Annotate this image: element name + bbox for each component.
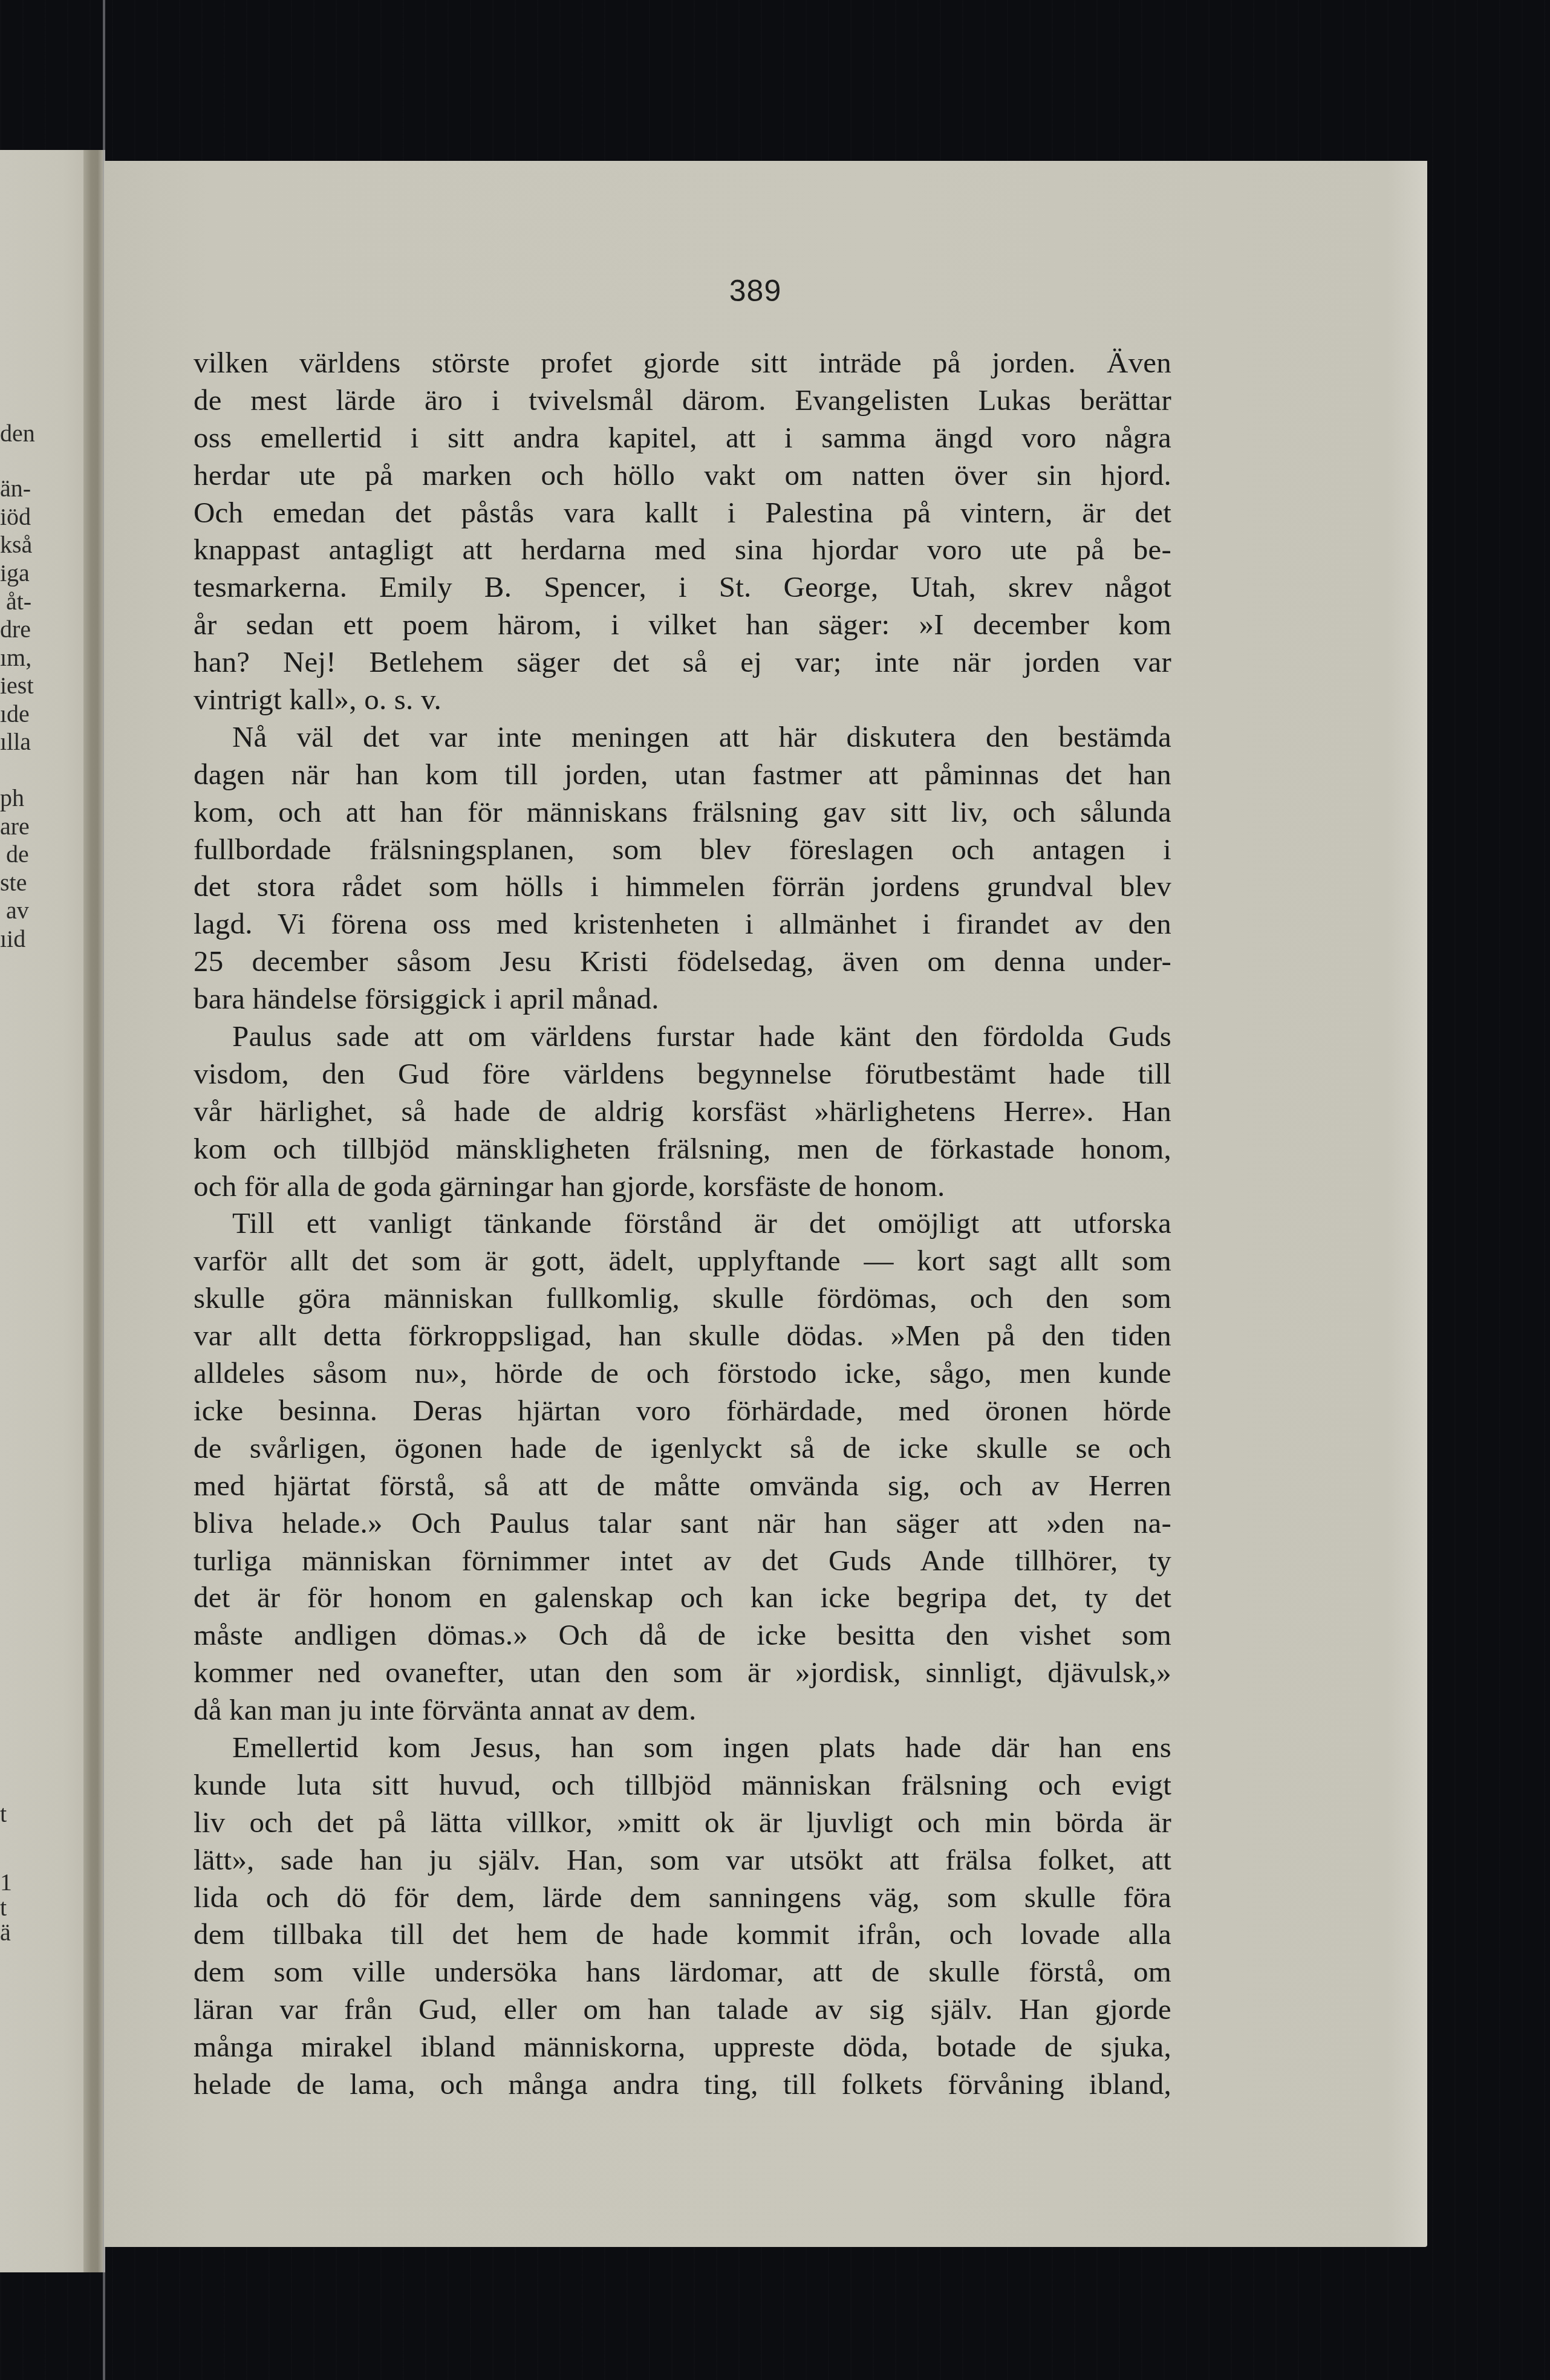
previous-page-text-fragment: t: [0, 1802, 7, 1826]
text-line: turliga människan förnimmer intet av det…: [194, 1542, 1171, 1579]
text-line: med hjärtat förstå, så att de måtte omvä…: [194, 1467, 1171, 1504]
line-text: dem som ville undersöka hans lärdomar, a…: [194, 1953, 1171, 1991]
text-line: herdar ute på marken och höllo vakt om n…: [194, 457, 1171, 494]
previous-page-text-fragment: ä: [0, 1920, 11, 1945]
line-text: bliva helade.» Och Paulus talar sant när…: [194, 1504, 1171, 1542]
text-line: då kan man ju inte förvänta annat av dem…: [194, 1691, 1171, 1729]
text-line: fullbordade frälsningsplanen, som blev f…: [194, 831, 1171, 868]
line-text: icke besinna. Deras hjärtan voro förhärd…: [194, 1392, 1171, 1429]
text-line: kunde luta sitt huvud, och tillbjöd männ…: [194, 1766, 1171, 1804]
text-line: det stora rådet som hölls i himmelen för…: [194, 868, 1171, 905]
line-text: turliga människan förnimmer intet av det…: [194, 1542, 1171, 1579]
line-text: kom och tillbjöd mänskligheten frälsning…: [194, 1130, 1171, 1168]
text-line: skulle göra människan fullkomlig, skulle…: [194, 1279, 1171, 1317]
line-text: det stora rådet som hölls i himmelen för…: [194, 868, 1171, 905]
text-line: liv och det på lätta villkor, »mitt ok ä…: [194, 1804, 1171, 1841]
line-text: Till ett vanligt tänkande förstånd är de…: [232, 1205, 1171, 1242]
line-text: skulle göra människan fullkomlig, skulle…: [194, 1279, 1171, 1317]
paragraph-first-line: Nå väl det var inte meningen att här dis…: [194, 718, 1171, 756]
previous-page-text-fragment: än-: [0, 476, 31, 501]
text-line: år sedan ett poem härom, i vilket han sä…: [194, 606, 1171, 643]
text-line: varför allt det som är gott, ädelt, uppl…: [194, 1242, 1171, 1279]
line-text: lida och dö för dem, lärde dem sanningen…: [194, 1879, 1171, 1916]
text-line: tesmarkerna. Emily B. Spencer, i St. Geo…: [194, 568, 1171, 606]
previous-page-text-fragment: åt-: [0, 590, 31, 614]
previous-page-text-fragment: av: [0, 899, 29, 923]
line-text: kom, och att han för människans frälsnin…: [194, 793, 1171, 831]
line-text: vår härlighet, så hade de aldrig korsfäs…: [194, 1093, 1171, 1130]
text-line: oss emellertid i sitt andra kapitel, att…: [194, 419, 1171, 457]
paragraph-first-line: Till ett vanligt tänkande förstånd är de…: [194, 1205, 1171, 1242]
line-text: lagd. Vi förena oss med kristenheten i a…: [194, 905, 1171, 943]
line-text: de svårligen, ögonen hade de igenlyckt s…: [194, 1429, 1171, 1467]
line-text: kommer ned ovanefter, utan den som är »j…: [194, 1654, 1171, 1691]
line-text: och för alla de goda gärningar han gjord…: [194, 1168, 1171, 1205]
body-text: vilken världens störste profet gjorde si…: [194, 344, 1171, 2103]
text-line: och för alla de goda gärningar han gjord…: [194, 1168, 1171, 1205]
text-line: knappast antagligt att herdarna med sina…: [194, 531, 1171, 568]
text-line: var allt detta förkroppsligad, han skull…: [194, 1317, 1171, 1354]
line-text: fullbordade frälsningsplanen, som blev f…: [194, 831, 1171, 868]
text-line: bara händelse försiggick i april månad.: [194, 980, 1171, 1018]
text-line: alldeles såsom nu», hörde de och förstod…: [194, 1354, 1171, 1392]
line-text: dem tillbaka till det hem de hade kommit…: [194, 1916, 1171, 1953]
line-text: herdar ute på marken och höllo vakt om n…: [194, 457, 1171, 494]
previous-page-text-fragment: ıid: [0, 927, 25, 951]
line-text: med hjärtat förstå, så att de måtte omvä…: [194, 1467, 1171, 1504]
previous-page-text-fragment: kså: [0, 533, 32, 557]
text-line: kommer ned ovanefter, utan den som är »j…: [194, 1654, 1171, 1691]
text-line: måste andligen dömas.» Och då de icke be…: [194, 1616, 1171, 1654]
line-text: visdom, den Gud före världens begynnelse…: [194, 1055, 1171, 1093]
line-text: många mirakel ibland människorna, uppres…: [194, 2028, 1171, 2066]
text-line: visdom, den Gud före världens begynnelse…: [194, 1055, 1171, 1093]
text-line: de mest lärde äro i tvivelsmål därom. Ev…: [194, 382, 1171, 419]
line-text: Nå väl det var inte meningen att här dis…: [232, 718, 1171, 756]
previous-page-text-fragment: ım,: [0, 646, 31, 670]
line-text: varför allt det som är gott, ädelt, uppl…: [194, 1242, 1171, 1279]
text-line: icke besinna. Deras hjärtan voro förhärd…: [194, 1392, 1171, 1429]
text-line: vår härlighet, så hade de aldrig korsfäs…: [194, 1093, 1171, 1130]
line-text: Och emedan det påstås vara kallt i Pales…: [194, 494, 1171, 532]
text-line: kom och tillbjöd mänskligheten frälsning…: [194, 1130, 1171, 1168]
line-text: 25 december såsom Jesu Kristi födelsedag…: [194, 943, 1171, 980]
line-text: oss emellertid i sitt andra kapitel, att…: [194, 419, 1171, 457]
line-text: liv och det på lätta villkor, »mitt ok ä…: [194, 1804, 1171, 1841]
text-line: dem som ville undersöka hans lärdomar, a…: [194, 1953, 1171, 1991]
previous-page-text-fragment: iöd: [0, 505, 31, 529]
line-text: Paulus sade att om världens furstar hade…: [232, 1018, 1171, 1055]
previous-page-text-fragment: ılla: [0, 730, 31, 754]
line-text: vintrigt kall», o. s. v.: [194, 681, 1171, 718]
text-line: bliva helade.» Och Paulus talar sant när…: [194, 1504, 1171, 1542]
line-text: han? Nej! Betlehem säger det så ej var; …: [194, 643, 1171, 681]
text-line: lätt», sade han ju själv. Han, som var u…: [194, 1841, 1171, 1879]
book-gutter: [83, 150, 105, 2272]
line-text: var allt detta förkroppsligad, han skull…: [194, 1317, 1171, 1354]
text-line: 25 december såsom Jesu Kristi födelsedag…: [194, 943, 1171, 980]
text-line: kom, och att han för människans frälsnin…: [194, 793, 1171, 831]
line-text: vilken världens störste profet gjorde si…: [194, 344, 1171, 382]
paragraph-first-line: Emellertid kom Jesus, han som ingen plat…: [194, 1729, 1171, 1766]
line-text: måste andligen dömas.» Och då de icke be…: [194, 1616, 1171, 1654]
previous-page-text-fragment: t: [0, 1896, 7, 1920]
text-line: vintrigt kall», o. s. v.: [194, 681, 1171, 718]
text-line: lagd. Vi förena oss med kristenheten i a…: [194, 905, 1171, 943]
line-text: tesmarkerna. Emily B. Spencer, i St. Geo…: [194, 568, 1171, 606]
line-text: lätt», sade han ju själv. Han, som var u…: [194, 1841, 1171, 1879]
text-line: Och emedan det påstås vara kallt i Pales…: [194, 494, 1171, 532]
text-line: lida och dö för dem, lärde dem sanningen…: [194, 1879, 1171, 1916]
previous-page-text-fragment: are: [0, 814, 30, 839]
previous-page-text-fragment: den: [0, 421, 35, 446]
previous-page-text-fragment: ıde: [0, 702, 30, 726]
line-text: bara händelse försiggick i april månad.: [194, 980, 1171, 1018]
line-text: helade de lama, och många andra ting, ti…: [194, 2066, 1171, 2103]
previous-page-text-fragment: dre: [0, 617, 31, 642]
line-text: år sedan ett poem härom, i vilket han sä…: [194, 606, 1171, 643]
previous-page-text-fragment: de: [0, 842, 29, 866]
previous-page-text-fragment: iga: [0, 561, 30, 585]
text-line: det är för honom en galenskap och kan ic…: [194, 1579, 1171, 1616]
current-page: 389 vilken världens störste profet gjord…: [104, 161, 1427, 2247]
previous-page-text-fragment: 1: [0, 1870, 12, 1894]
line-text: Emellertid kom Jesus, han som ingen plat…: [232, 1729, 1171, 1766]
text-line: dagen när han kom till jorden, utan fast…: [194, 756, 1171, 793]
previous-page-edge: denän-iödksåiga åt-dreım,iestıdeıllaphar…: [0, 150, 91, 2272]
line-text: knappast antagligt att herdarna med sina…: [194, 531, 1171, 568]
line-text: kunde luta sitt huvud, och tillbjöd männ…: [194, 1766, 1171, 1804]
previous-page-text-fragment: iest: [0, 674, 34, 698]
paragraph-first-line: Paulus sade att om världens furstar hade…: [194, 1018, 1171, 1055]
text-line: de svårligen, ögonen hade de igenlyckt s…: [194, 1429, 1171, 1467]
line-text: dagen när han kom till jorden, utan fast…: [194, 756, 1171, 793]
text-line: läran var från Gud, eller om han talade …: [194, 1991, 1171, 2028]
line-text: det är för honom en galenskap och kan ic…: [194, 1579, 1171, 1616]
line-text: alldeles såsom nu», hörde de och förstod…: [194, 1354, 1171, 1392]
text-line: vilken världens störste profet gjorde si…: [194, 344, 1171, 382]
text-line: många mirakel ibland människorna, uppres…: [194, 2028, 1171, 2066]
page-number: 389: [94, 273, 1417, 308]
line-text: då kan man ju inte förvänta annat av dem…: [194, 1691, 1171, 1729]
line-text: de mest lärde äro i tvivelsmål därom. Ev…: [194, 382, 1171, 419]
previous-page-text-fragment: ste: [0, 871, 27, 895]
line-text: läran var från Gud, eller om han talade …: [194, 1991, 1171, 2028]
text-line: dem tillbaka till det hem de hade kommit…: [194, 1916, 1171, 1953]
text-line: han? Nej! Betlehem säger det så ej var; …: [194, 643, 1171, 681]
previous-page-text-fragment: ph: [0, 786, 24, 810]
text-line: helade de lama, och många andra ting, ti…: [194, 2066, 1171, 2103]
